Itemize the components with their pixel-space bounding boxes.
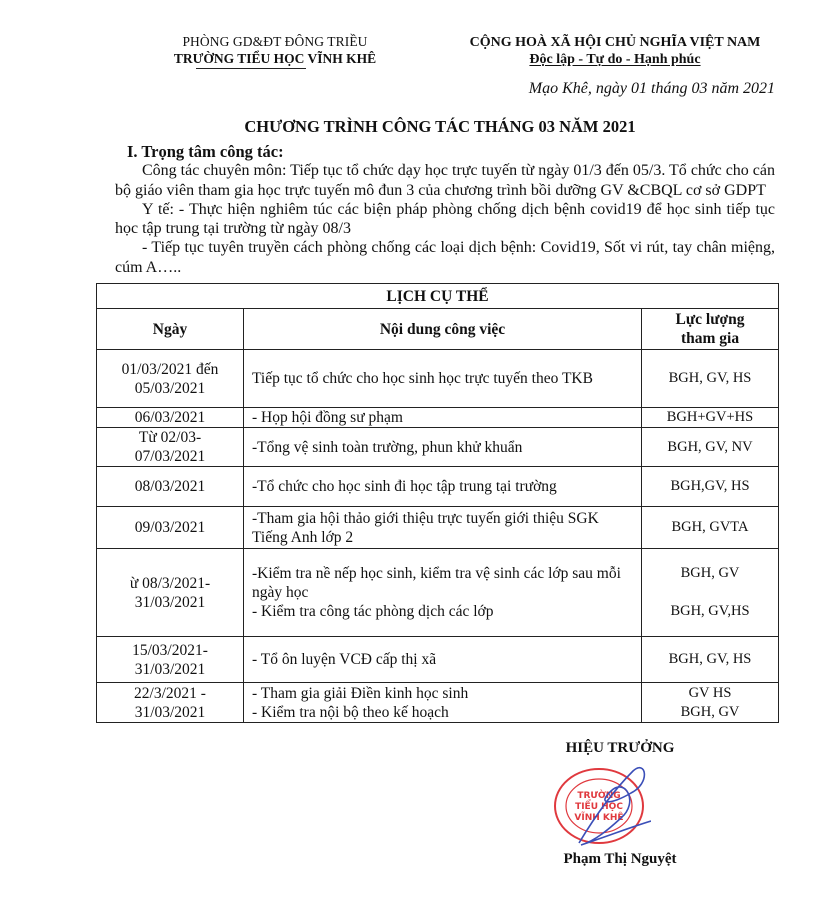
signer-name: Phạm Thị Nguyệt bbox=[530, 851, 710, 868]
date-cell: Từ 02/03-07/03/2021 bbox=[97, 428, 244, 467]
date-cell-line: 08/03/2021 bbox=[103, 477, 237, 496]
participants-cell: BGH,GV, HS bbox=[642, 467, 779, 507]
agency-header: PHÒNG GD&ĐT ĐÔNG TRIỀU TRƯỜNG TIỂU HỌC V… bbox=[140, 33, 410, 67]
date-cell: 22/3/2021 -31/03/2021 bbox=[97, 683, 244, 723]
task-cell: -Kiểm tra nề nếp học sinh, kiểm tra vệ s… bbox=[244, 549, 642, 637]
task-cell-line: -Tham gia hội thảo giới thiệu trực tuyến… bbox=[252, 509, 635, 547]
column-header-task: Nội dung công việc bbox=[244, 309, 642, 350]
paragraph-expertise: Công tác chuyên môn: Tiếp tục tổ chức dạ… bbox=[115, 161, 775, 200]
stamp-seal-icon: TRƯỜNG TIỂU HỌC VĨNH KHÊ bbox=[551, 763, 651, 847]
task-cell-line: -Tổng vệ sinh toàn trường, phun khử khuẩ… bbox=[252, 438, 635, 457]
date-cell-line: 22/3/2021 - bbox=[103, 684, 237, 703]
column-header-date: Ngày bbox=[97, 309, 244, 350]
task-cell-line: -Tổ chức cho học sinh đi học tập trung t… bbox=[252, 477, 635, 496]
date-cell: 09/03/2021 bbox=[97, 507, 244, 549]
column-header-participants-line: Lực lượng bbox=[648, 310, 772, 329]
participants-cell: BGH, GV, HS bbox=[642, 637, 779, 683]
participants-cell: BGH, GV, HS bbox=[642, 350, 779, 408]
task-cell-line: - Tổ ôn luyện VCĐ cấp thị xã bbox=[252, 650, 635, 669]
document-title: CHƯƠNG TRÌNH CÔNG TÁC THÁNG 03 NĂM 2021 bbox=[100, 117, 780, 137]
participants-cell-line: BGH, GV, HS bbox=[648, 369, 772, 388]
task-cell-line: - Tham gia giải Điền kinh học sinh bbox=[252, 684, 635, 703]
participants-cell: BGH, GVTA bbox=[642, 507, 779, 549]
participants-cell-line: BGH+GV+HS bbox=[648, 408, 772, 427]
participants-cell: BGH, GVBGH, GV,HS bbox=[642, 549, 779, 637]
date-cell-line: 06/03/2021 bbox=[103, 408, 237, 427]
task-cell: - Tham gia giải Điền kinh học sinh- Kiểm… bbox=[244, 683, 642, 723]
column-header-participants: Lực lượng tham gia bbox=[642, 309, 779, 350]
motto: Độc lập - Tự do - Hạnh phúc bbox=[529, 52, 700, 67]
task-cell: - Tổ ôn luyện VCĐ cấp thị xã bbox=[244, 637, 642, 683]
schedule-row: 15/03/2021-31/03/2021- Tổ ôn luyện VCĐ c… bbox=[97, 637, 779, 683]
agency-underline bbox=[196, 68, 306, 69]
date-cell-line: 09/03/2021 bbox=[103, 518, 237, 537]
participants-cell-line: BGH,GV, HS bbox=[648, 477, 772, 496]
section-1-heading: I. Trọng tâm công tác: bbox=[115, 142, 775, 161]
column-header-participants-line: tham gia bbox=[648, 329, 772, 348]
signature-title: HIỆU TRƯỞNG bbox=[545, 740, 695, 757]
section-1: I. Trọng tâm công tác: Công tác chuyên m… bbox=[115, 142, 775, 277]
nation-header: CỘNG HOÀ XÃ HỘI CHỦ NGHĨA VIỆT NAM Độc l… bbox=[430, 34, 800, 68]
date-cell-line: 31/03/2021 bbox=[103, 703, 237, 722]
task-cell-line: -Kiểm tra nề nếp học sinh, kiểm tra vệ s… bbox=[252, 564, 635, 602]
schedule-row: 06/03/2021- Họp hội đồng sư phạmBGH+GV+H… bbox=[97, 408, 779, 428]
dateline: Mạo Khê, ngày 01 tháng 03 năm 2021 bbox=[425, 80, 775, 98]
schedule-row: 01/03/2021 đến05/03/2021Tiếp tục tổ chức… bbox=[97, 350, 779, 408]
participants-cell-line: BGH, GV bbox=[648, 703, 772, 722]
school-stamp: TRƯỜNG TIỂU HỌC VĨNH KHÊ bbox=[551, 763, 651, 847]
date-cell: 08/03/2021 bbox=[97, 467, 244, 507]
date-cell-line: 07/03/2021 bbox=[103, 447, 237, 466]
schedule-row: 08/03/2021-Tổ chức cho học sinh đi học t… bbox=[97, 467, 779, 507]
task-cell-line: - Kiểm tra nội bộ theo kế hoạch bbox=[252, 703, 635, 722]
date-cell-line: 05/03/2021 bbox=[103, 379, 237, 398]
agency-line-2: TRƯỜNG TIỂU HỌC VĨNH KHÊ bbox=[140, 50, 410, 67]
date-cell: 01/03/2021 đến05/03/2021 bbox=[97, 350, 244, 408]
date-cell: 15/03/2021-31/03/2021 bbox=[97, 637, 244, 683]
paragraph-propaganda: - Tiếp tục tuyên truyền cách phòng chống… bbox=[115, 238, 775, 277]
date-cell-line: 15/03/2021- bbox=[103, 641, 237, 660]
agency-line-1: PHÒNG GD&ĐT ĐÔNG TRIỀU bbox=[140, 33, 410, 50]
date-cell-line: 31/03/2021 bbox=[103, 660, 237, 679]
schedule-row: 22/3/2021 -31/03/2021- Tham gia giải Điề… bbox=[97, 683, 779, 723]
task-cell-line: Tiếp tục tổ chức cho học sinh học trực t… bbox=[252, 369, 635, 388]
schedule-table: LỊCH CỤ THỂ Ngày Nội dung công việc Lực … bbox=[96, 283, 779, 723]
task-cell: -Tổ chức cho học sinh đi học tập trung t… bbox=[244, 467, 642, 507]
task-cell-line: - Kiểm tra công tác phòng dịch các lớp bbox=[252, 602, 635, 621]
nation-title: CỘNG HOÀ XÃ HỘI CHỦ NGHĨA VIỆT NAM bbox=[430, 34, 800, 51]
participants-cell-line: GV HS bbox=[648, 684, 772, 703]
paragraph-health: Y tế: - Thực hiện nghiêm túc các biện ph… bbox=[115, 200, 775, 239]
schedule-row: 09/03/2021-Tham gia hội thảo giới thiệu … bbox=[97, 507, 779, 549]
participants-cell-line: BGH, GV bbox=[648, 564, 772, 583]
participants-cell-line: BGH, GV, NV bbox=[648, 438, 772, 457]
participants-cell-line: BGH, GV, HS bbox=[648, 650, 772, 669]
participants-cell-line: BGH, GV,HS bbox=[648, 602, 772, 621]
schedule-row: ừ 08/3/2021-31/03/2021-Kiểm tra nề nếp h… bbox=[97, 549, 779, 637]
schedule-caption: LỊCH CỤ THỂ bbox=[97, 284, 779, 309]
date-cell-line: Từ 02/03- bbox=[103, 428, 237, 447]
date-cell: ừ 08/3/2021-31/03/2021 bbox=[97, 549, 244, 637]
participants-cell-line: BGH, GVTA bbox=[648, 518, 772, 537]
task-cell: - Họp hội đồng sư phạm bbox=[244, 408, 642, 428]
participants-cell: GV HSBGH, GV bbox=[642, 683, 779, 723]
date-cell-line: 31/03/2021 bbox=[103, 593, 237, 612]
task-cell: -Tổng vệ sinh toàn trường, phun khử khuẩ… bbox=[244, 428, 642, 467]
task-cell-line: - Họp hội đồng sư phạm bbox=[252, 408, 635, 427]
participants-cell: BGH, GV, NV bbox=[642, 428, 779, 467]
task-cell: Tiếp tục tổ chức cho học sinh học trực t… bbox=[244, 350, 642, 408]
date-cell: 06/03/2021 bbox=[97, 408, 244, 428]
date-cell-line: ừ 08/3/2021- bbox=[103, 574, 237, 593]
date-cell-line: 01/03/2021 đến bbox=[103, 360, 237, 379]
task-cell: -Tham gia hội thảo giới thiệu trực tuyến… bbox=[244, 507, 642, 549]
participants-cell: BGH+GV+HS bbox=[642, 408, 779, 428]
schedule-row: Từ 02/03-07/03/2021-Tổng vệ sinh toàn tr… bbox=[97, 428, 779, 467]
